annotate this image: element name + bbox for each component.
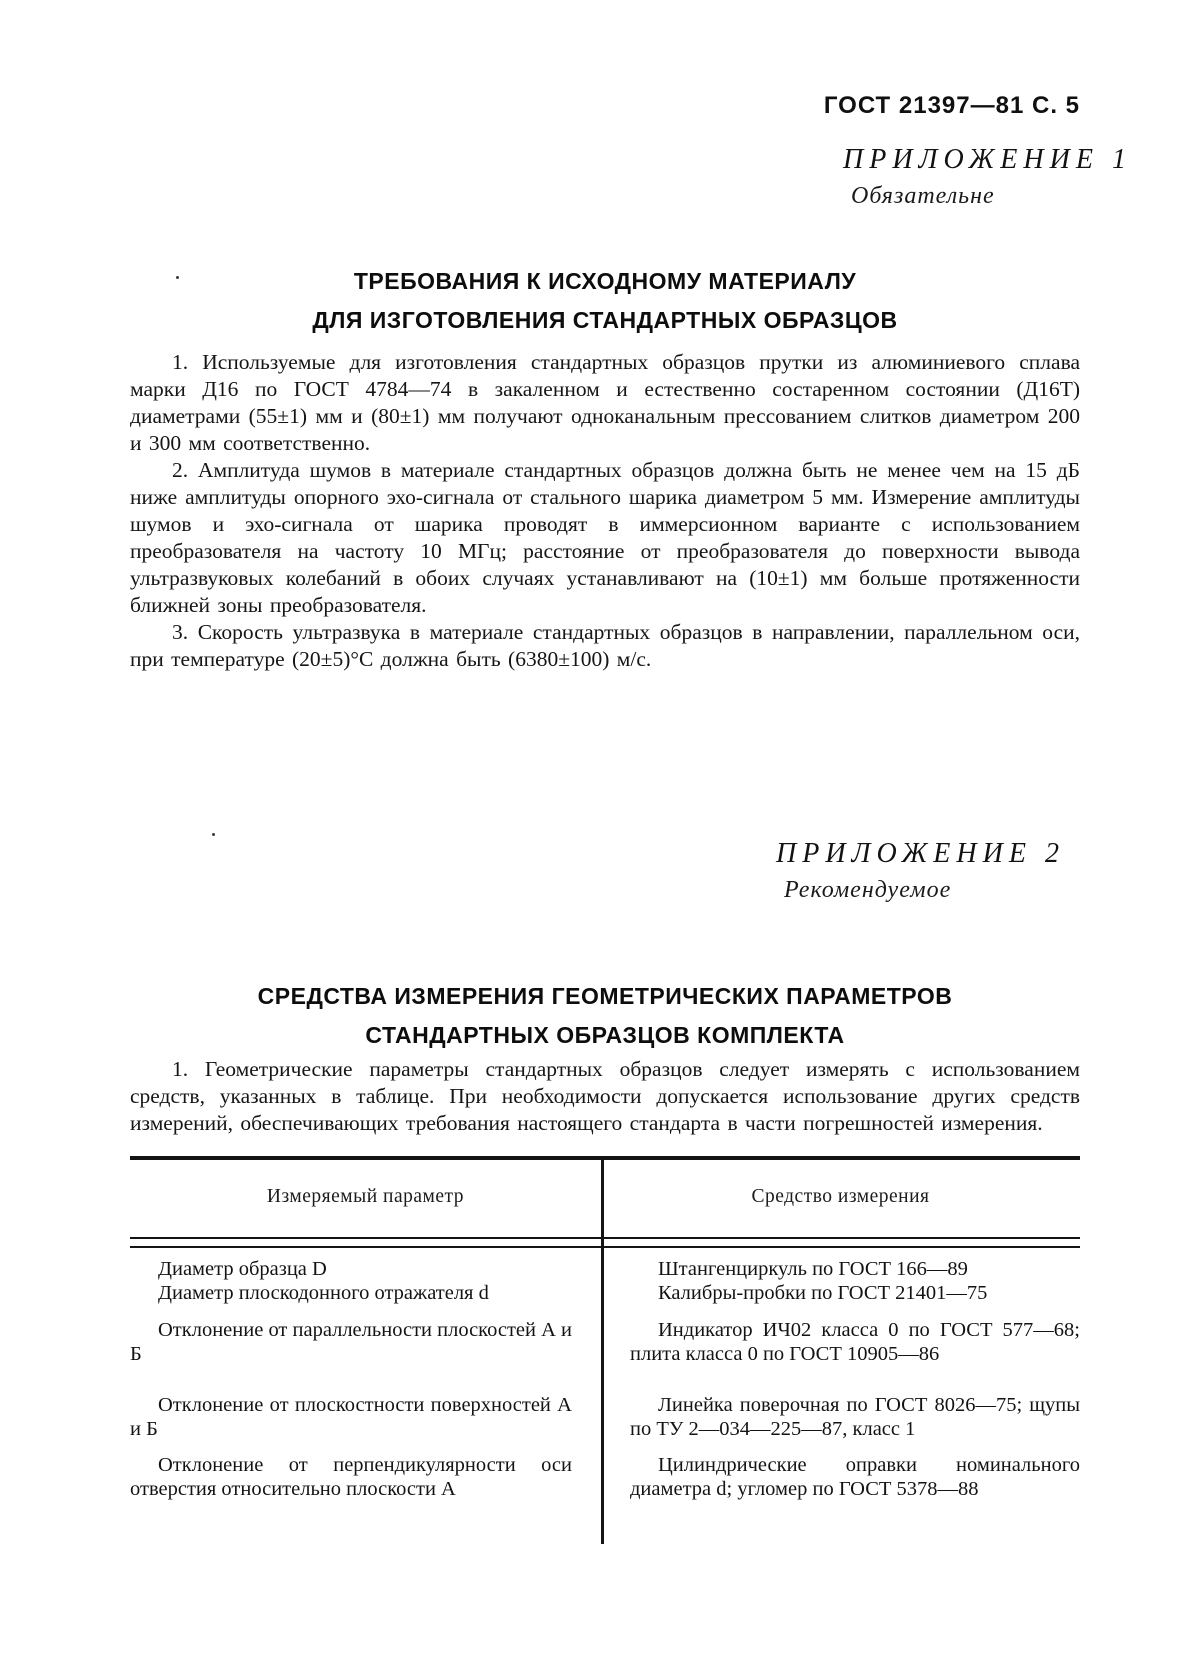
param-text: Отклонение от параллельности плоскостей … (130, 1318, 572, 1366)
table-row: Отклонение от перпендикулярности оси отв… (130, 1453, 1080, 1501)
appendix-1-label: ПРИЛОЖЕНИЕ 1 (843, 144, 1132, 176)
table-header-double-rule-upper (130, 1237, 1080, 1239)
param-text: Диаметр образца D (130, 1257, 572, 1281)
means-cell: Штангенциркуль по ГОСТ 166—89 (630, 1257, 1080, 1281)
scan-speck (176, 276, 179, 279)
scan-speck (212, 833, 215, 836)
means-cell: Калибры-пробки по ГОСТ 21401—75 (630, 1281, 1080, 1305)
appendix-2-label: ПРИЛОЖЕНИЕ 2 (776, 838, 1065, 870)
param-cell: Отклонение от перпендикулярности оси отв… (130, 1453, 582, 1501)
appendix-1-paragraph-3: 3. Скорость ультразвука в материале стан… (130, 619, 1080, 673)
means-text: Штангенциркуль по ГОСТ 166—89 (630, 1257, 1080, 1281)
table-row: Диаметр образца D Штангенциркуль по ГОСТ… (130, 1257, 1080, 1281)
means-cell: Индикатор ИЧ02 класса 0 по ГОСТ 577—68; … (630, 1318, 1080, 1366)
table-row: Диаметр плоскодонного отражателя d Калиб… (130, 1281, 1080, 1305)
appendix-2-title-line-1: СРЕДСТВА ИЗМЕРЕНИЯ ГЕОМЕТРИЧЕСКИХ ПАРАМЕ… (130, 977, 1080, 1016)
appendix-1-title-line-1: ТРЕБОВАНИЯ К ИСХОДНОМУ МАТЕРИАЛУ (130, 262, 1080, 301)
appendix-1-title: ТРЕБОВАНИЯ К ИСХОДНОМУ МАТЕРИАЛУ ДЛЯ ИЗГ… (130, 262, 1080, 340)
param-cell: Диаметр плоскодонного отражателя d (130, 1281, 582, 1305)
means-text: Линейка поверочная по ГОСТ 8026—75; щупы… (630, 1393, 1080, 1441)
means-text: Калибры-пробки по ГОСТ 21401—75 (630, 1281, 1080, 1305)
means-cell: Линейка поверочная по ГОСТ 8026—75; щупы… (630, 1393, 1080, 1441)
means-text: Цилиндрические оправки номинального диам… (630, 1453, 1080, 1501)
table-body: Диаметр образца D Штангенциркуль по ГОСТ… (130, 1257, 1080, 1501)
appendix-1-sublabel: Обязательне (851, 183, 1132, 210)
means-cell: Цилиндрические оправки номинального диам… (630, 1453, 1080, 1501)
appendix-1-block: ПРИЛОЖЕНИЕ 1 Обязательне (843, 144, 1132, 210)
table-header-measured-parameter: Измеряемый параметр (130, 1160, 601, 1234)
appendix-1-paragraph-2: 2. Амплитуда шумов в материале стандартн… (130, 457, 1080, 619)
appendix-2-block: ПРИЛОЖЕНИЕ 2 Рекомендуемое (776, 838, 1065, 904)
scanned-document-page: ГОСТ 21397—81 С. 5 ПРИЛОЖЕНИЕ 1 Обязател… (0, 0, 1187, 1679)
table-header-measuring-means: Средство измерения (601, 1160, 1080, 1234)
param-text: Отклонение от плоскостности поверхностей… (130, 1393, 572, 1441)
appendix-2-body: 1. Геометрические параметры стандартных … (130, 1056, 1080, 1137)
param-cell: Отклонение от параллельности плоскостей … (130, 1318, 582, 1366)
param-text: Диаметр плоскодонного отражателя d (130, 1281, 572, 1305)
table-header-double-rule-lower (130, 1246, 1080, 1248)
appendix-2-title-line-2: СТАНДАРТНЫХ ОБРАЗЦОВ КОМПЛЕКТА (130, 1016, 1080, 1055)
means-text: Индикатор ИЧ02 класса 0 по ГОСТ 577—68; … (630, 1318, 1080, 1366)
appendix-1-body: 1. Используемые для изготовления стандар… (130, 349, 1080, 673)
table-row: Отклонение от параллельности плоскостей … (130, 1318, 1080, 1366)
appendix-2-title: СРЕДСТВА ИЗМЕРЕНИЯ ГЕОМЕТРИЧЕСКИХ ПАРАМЕ… (130, 977, 1080, 1055)
table-row: Отклонение от плоскостности поверхностей… (130, 1393, 1080, 1441)
param-cell: Отклонение от плоскостности поверхностей… (130, 1393, 582, 1441)
appendix-1-title-line-2: ДЛЯ ИЗГОТОВЛЕНИЯ СТАНДАРТНЫХ ОБРАЗЦОВ (130, 301, 1080, 340)
appendix-2-paragraph-1: 1. Геометрические параметры стандартных … (130, 1056, 1080, 1137)
appendix-1-paragraph-1: 1. Используемые для изготовления стандар… (130, 349, 1080, 457)
param-cell: Диаметр образца D (130, 1257, 582, 1281)
param-text: Отклонение от перпендикулярности оси отв… (130, 1453, 572, 1501)
appendix-2-sublabel: Рекомендуемое (784, 877, 1065, 904)
table-header-row: Измеряемый параметр Средство измерения (130, 1160, 1080, 1234)
document-reference-header: ГОСТ 21397—81 С. 5 (130, 92, 1080, 120)
